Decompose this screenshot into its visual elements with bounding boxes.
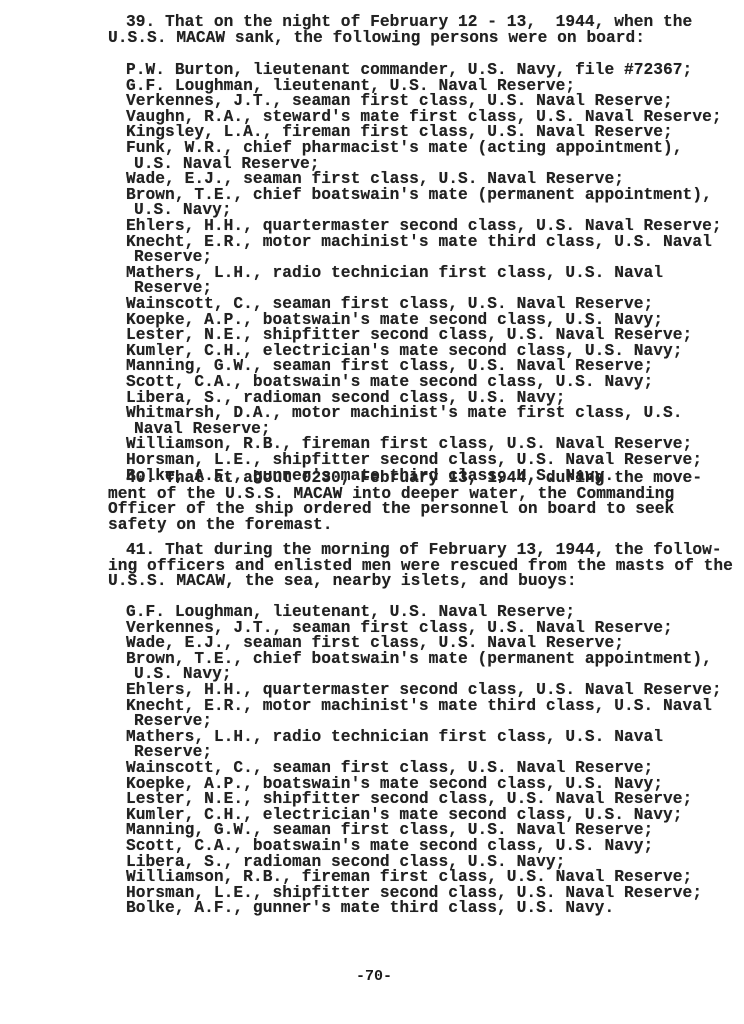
- paragraph-line: 41. That during the morning of February …: [126, 542, 722, 558]
- person-entry: G.F. Loughman, lieutenant, U.S. Naval Re…: [126, 78, 575, 94]
- person-entry: Verkennes, J.T., seaman first class, U.S…: [126, 93, 673, 109]
- paragraph-line: Officer of the ship ordered the personne…: [108, 501, 674, 517]
- person-entry: Brown, T.E., chief boatswain's mate (per…: [126, 187, 712, 203]
- person-entry: Whitmarsh, D.A., motor machinist's mate …: [126, 405, 683, 421]
- paragraph-line: safety on the foremast.: [108, 517, 333, 533]
- person-entry: Kingsley, L.A., fireman first class, U.S…: [126, 124, 673, 140]
- person-entry: Lester, N.E., shipfitter second class, U…: [126, 791, 692, 807]
- person-entry: Bolke, A.F., gunner's mate third class, …: [126, 900, 614, 916]
- person-entry: Ehlers, H.H., quartermaster second class…: [126, 218, 722, 234]
- person-entry: Kumler, C.H., electrician's mate second …: [126, 807, 683, 823]
- person-entry: Wainscott, C., seaman first class, U.S. …: [126, 760, 653, 776]
- paragraph-line: ing officers and enlisted men were rescu…: [108, 558, 733, 574]
- person-entry: Mathers, L.H., radio technician first cl…: [126, 729, 663, 745]
- person-entry: U.S. Naval Reserve;: [134, 156, 320, 172]
- person-entry: Mathers, L.H., radio technician first cl…: [126, 265, 663, 281]
- person-entry: Reserve;: [134, 744, 212, 760]
- person-entry: Knecht, E.R., motor machinist's mate thi…: [126, 698, 712, 714]
- paragraph-line: U.S.S. MACAW sank, the following persons…: [108, 30, 645, 46]
- person-entry: Brown, T.E., chief boatswain's mate (per…: [126, 651, 712, 667]
- person-entry: Libera, S., radioman second class, U.S. …: [126, 854, 565, 870]
- person-entry: Koepke, A.P., boatswain's mate second cl…: [126, 776, 663, 792]
- paragraph-line: U.S.S. MACAW, the sea, nearby islets, an…: [108, 573, 577, 589]
- person-entry: Horsman, L.E., shipfitter second class, …: [126, 885, 702, 901]
- person-entry: Reserve;: [134, 249, 212, 265]
- person-entry: Koepke, A.P., boatswain's mate second cl…: [126, 312, 663, 328]
- person-entry: Naval Reserve;: [134, 421, 271, 437]
- person-entry: Manning, G.W., seaman first class, U.S. …: [126, 358, 653, 374]
- person-entry: Kumler, C.H., electrician's mate second …: [126, 343, 683, 359]
- person-entry: Williamson, R.B., fireman first class, U…: [126, 869, 692, 885]
- person-entry: Wade, E.J., seaman first class, U.S. Nav…: [126, 171, 624, 187]
- person-entry: Lester, N.E., shipfitter second class, U…: [126, 327, 692, 343]
- page-number: -70-: [356, 968, 392, 985]
- person-entry: Knecht, E.R., motor machinist's mate thi…: [126, 234, 712, 250]
- person-entry: U.S. Navy;: [134, 202, 232, 218]
- person-entry: Scott, C.A., boatswain's mate second cla…: [126, 838, 653, 854]
- person-entry: Funk, W.R., chief pharmacist's mate (act…: [126, 140, 683, 156]
- document-page: 39. That on the night of February 12 - 1…: [0, 0, 744, 1024]
- person-entry: Reserve;: [134, 280, 212, 296]
- person-entry: Scott, C.A., boatswain's mate second cla…: [126, 374, 653, 390]
- paragraph-line: ment of the U.S.S. MACAW into deeper wat…: [108, 486, 674, 502]
- person-entry: Wade, E.J., seaman first class, U.S. Nav…: [126, 635, 624, 651]
- person-entry: Reserve;: [134, 713, 212, 729]
- person-entry: G.F. Loughman, lieutenant, U.S. Naval Re…: [126, 604, 575, 620]
- person-entry: Libera, S., radioman second class, U.S. …: [126, 390, 565, 406]
- person-entry: Williamson, R.B., fireman first class, U…: [126, 436, 692, 452]
- person-entry: Horsman, L.E., shipfitter second class, …: [126, 452, 702, 468]
- person-entry: U.S. Navy;: [134, 666, 232, 682]
- person-entry: Ehlers, H.H., quartermaster second class…: [126, 682, 722, 698]
- paragraph-line: 39. That on the night of February 12 - 1…: [126, 14, 692, 30]
- paragraph-line: 40. That at about 0230, February 13, 194…: [126, 470, 702, 486]
- person-entry: Vaughn, R.A., steward's mate first class…: [126, 109, 722, 125]
- person-entry: Wainscott, C., seaman first class, U.S. …: [126, 296, 653, 312]
- person-entry: Verkennes, J.T., seaman first class, U.S…: [126, 620, 673, 636]
- person-entry: P.W. Burton, lieutenant commander, U.S. …: [126, 62, 692, 78]
- person-entry: Manning, G.W., seaman first class, U.S. …: [126, 822, 653, 838]
